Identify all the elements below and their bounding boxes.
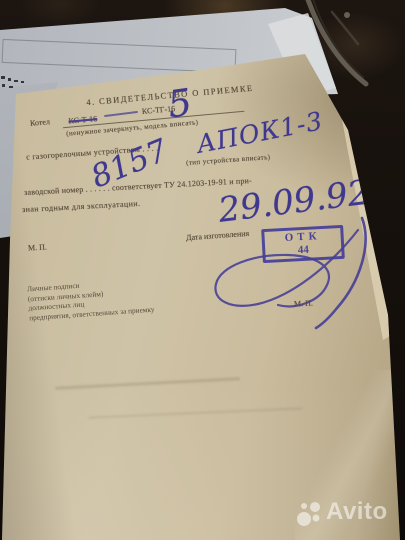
avito-watermark: Avito (296, 498, 400, 532)
model-struck-out: КС-Т-16 (68, 114, 97, 126)
paper-text-fragment (14, 80, 18, 82)
signature-ink (210, 208, 385, 333)
avito-logo-icon (296, 500, 324, 528)
avito-wordmark: Avito (326, 498, 388, 526)
photo-stage: 4. СВИДЕТЕЛЬСТВО О ПРИЕМКЕ КС-Т-16 КС-ТГ… (0, 0, 405, 540)
paper-text-fragment (8, 78, 11, 81)
paper-text-fragment (9, 86, 13, 88)
mp-left-label: М. П. (28, 243, 47, 253)
paper-text-fragment (2, 84, 5, 87)
mp-right-label: М. П. (294, 299, 313, 309)
paper-text-fragment (1, 76, 5, 79)
boiler-label: Котел (30, 117, 51, 128)
paper-text-fragment (21, 81, 24, 83)
